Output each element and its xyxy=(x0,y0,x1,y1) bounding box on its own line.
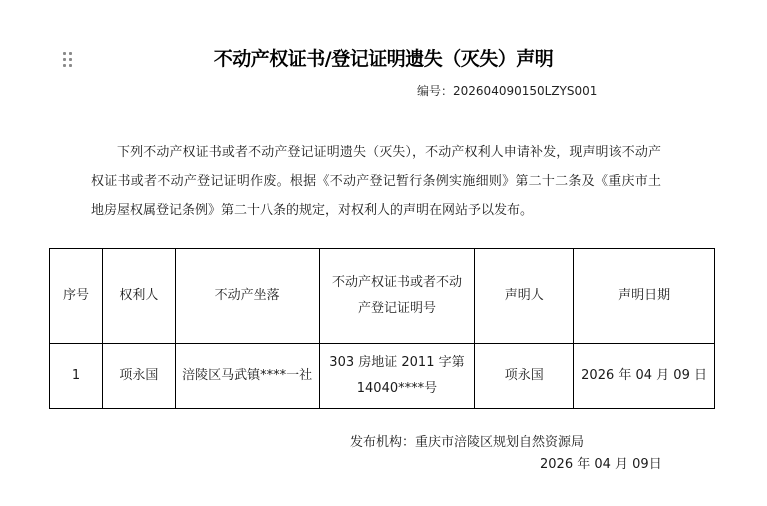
document-number: 编号：202604090150LZYS001 xyxy=(417,82,597,99)
header-holder: 权利人 xyxy=(102,249,175,344)
cell-certificate: 303 房地证 2011 字第 14040****号 xyxy=(319,344,475,409)
page-title: 不动产权证书/登记证明遗失（灭失）声明 xyxy=(0,44,767,71)
cell-holder: 项永国 xyxy=(102,344,175,409)
header-location: 不动产坐落 xyxy=(175,249,319,344)
cell-seq: 1 xyxy=(50,344,103,409)
cell-date: 2026 年 04 月 09 日 xyxy=(574,344,715,409)
publish-date: 2026 年 04 月 09日 xyxy=(540,453,662,472)
declaration-paragraph: 下列不动产权证书或者不动产登记证明遗失（灭失），不动产权利人申请补发，现声明该不… xyxy=(91,138,661,225)
cell-declarant: 项永国 xyxy=(475,344,574,409)
header-certificate: 不动产权证书或者不动产登记证明号 xyxy=(319,249,475,344)
records-table: 序号 权利人 不动产坐落 不动产权证书或者不动产登记证明号 声明人 声明日期 1… xyxy=(49,248,715,409)
publisher-label: 发布机构： xyxy=(350,435,415,450)
header-date: 声明日期 xyxy=(574,249,715,344)
table-header-row: 序号 权利人 不动产坐落 不动产权证书或者不动产登记证明号 声明人 声明日期 xyxy=(50,249,715,344)
document-number-label: 编号： xyxy=(417,84,453,98)
cell-location: 涪陵区马武镇****一社 xyxy=(175,344,319,409)
page-title-text: 不动产权证书/登记证明遗失（灭失）声明 xyxy=(214,44,553,71)
publisher: 发布机构：重庆市涪陵区规划自然资源局 xyxy=(350,431,584,450)
publisher-name: 重庆市涪陵区规划自然资源局 xyxy=(415,435,584,450)
table-row: 1 项永国 涪陵区马武镇****一社 303 房地证 2011 字第 14040… xyxy=(50,344,715,409)
document-number-value: 202604090150LZYS001 xyxy=(453,84,597,98)
header-declarant: 声明人 xyxy=(475,249,574,344)
header-seq: 序号 xyxy=(50,249,103,344)
